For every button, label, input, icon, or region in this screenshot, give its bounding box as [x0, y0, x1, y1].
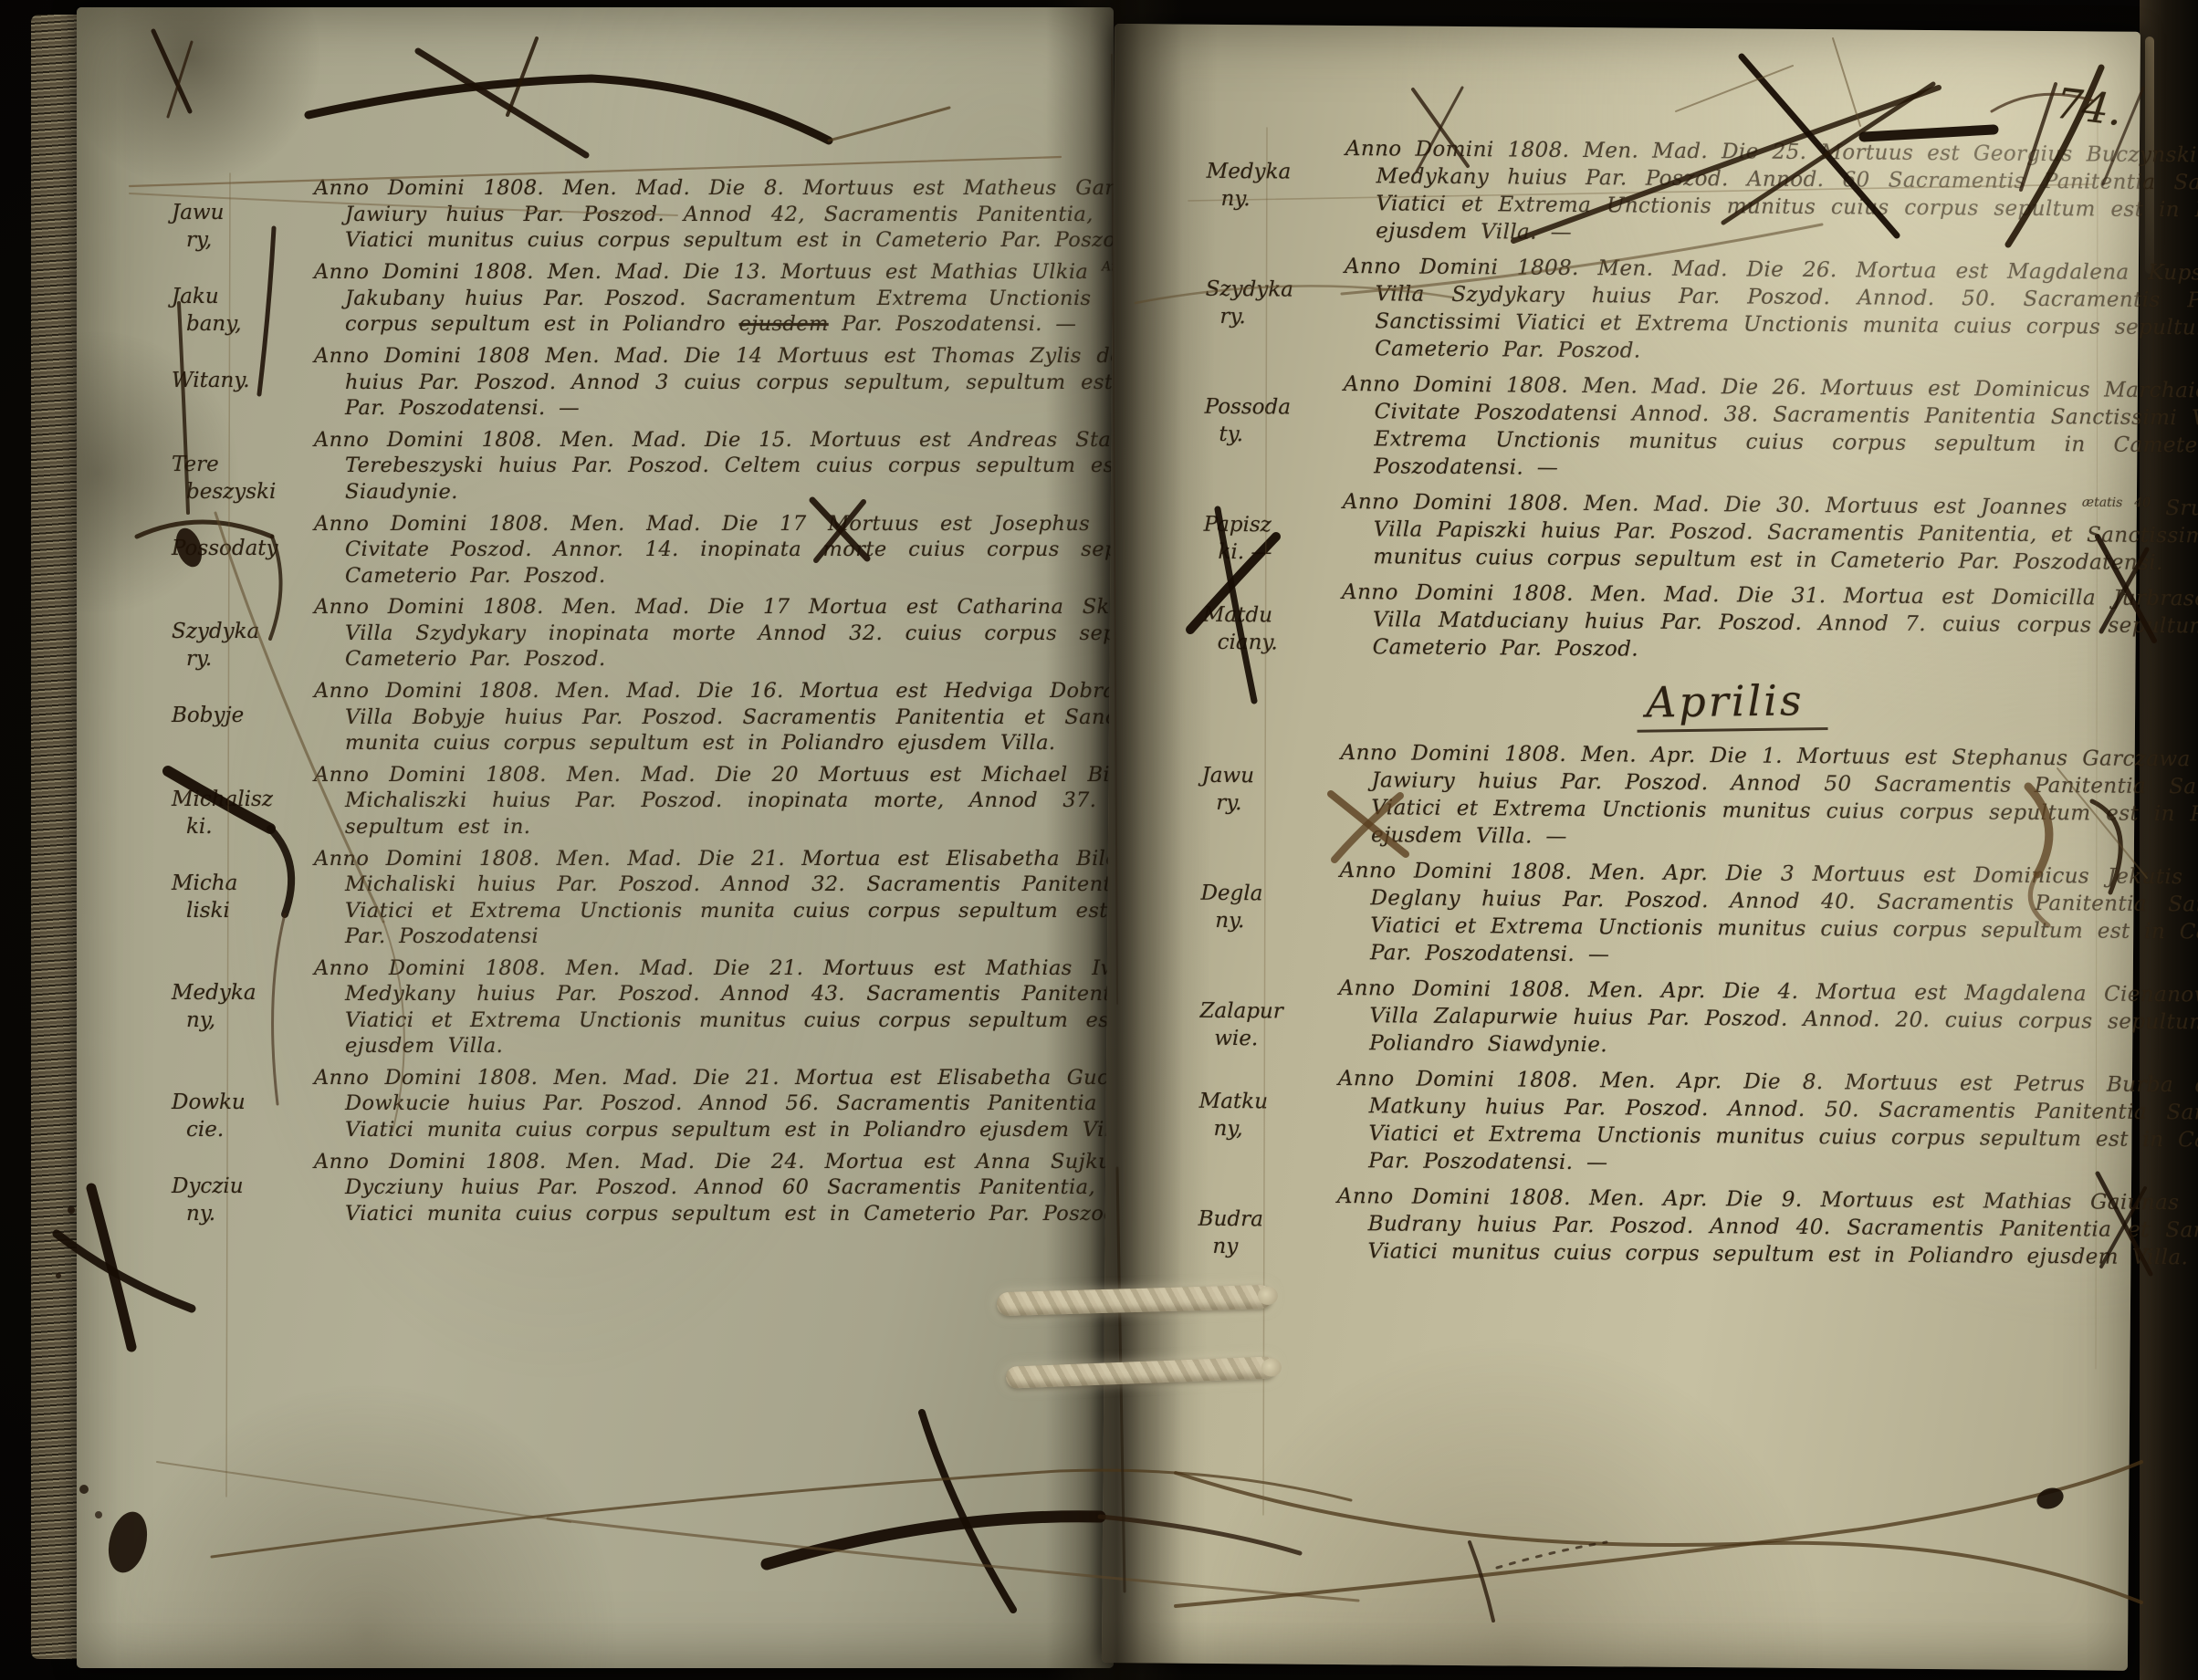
- entry-text: Anno Domini 1808. Men. Apr. Die 9. Mortu…: [1336, 1183, 2198, 1272]
- margin-label-line: Possodaty: [172, 535, 309, 562]
- margin-label-line: Medyka: [1207, 158, 1340, 186]
- entry-text-run: Anno Domini 1808. Men. Mad. Die 16. Mort…: [314, 679, 1212, 703]
- margin-label-line: Jawu: [1201, 762, 1334, 790]
- entry-text: Anno Domini 1808. Men. Mad. Die 31. Mort…: [1342, 579, 2198, 668]
- margin-place-label: Matkuny,: [1198, 1064, 1338, 1174]
- entry-text: Anno Domini 1808. Men. Apr. Die 1. Mortu…: [1340, 739, 2198, 856]
- margin-label-line: Matdu: [1203, 601, 1336, 630]
- margin-label-line: Szydyka: [172, 618, 309, 645]
- entry-text-run: Anno Domini 1808. Men. Apr. Die 9. Mortu…: [1337, 1184, 2198, 1269]
- margin-label-line: ry.: [1201, 789, 1334, 818]
- margin-label-line: cie.: [172, 1116, 309, 1143]
- margin-label-line: ny.: [1206, 185, 1339, 214]
- margin-place-label: Budrany: [1198, 1182, 1337, 1265]
- margin-place-label: Deglany.: [1200, 856, 1340, 966]
- margin-label-line: ry,: [172, 226, 309, 254]
- margin-place-label: Possodaty.: [1204, 370, 1344, 480]
- margin-place-label: Zalapurwie.: [1199, 974, 1339, 1057]
- register-entry: Matduciany.Anno Domini 1808. Men. Mad. D…: [1336, 579, 2198, 668]
- margin-label-line: Michalisz: [172, 786, 309, 813]
- margin-label-line: ny.: [1200, 907, 1334, 935]
- margin-label-line: Papisz: [1204, 511, 1337, 539]
- struck-word: ejusdem: [739, 312, 829, 336]
- register-entry: BudranyAnno Domini 1808. Men. Apr. Die 9…: [1331, 1183, 2198, 1272]
- margin-place-label: Terebeszyski: [172, 427, 314, 506]
- entry-text-run: Anno Domini 1808. Men. Mad. Die 26. Mort…: [1344, 372, 2198, 480]
- margin-place-label: Szydykary.: [1205, 252, 1345, 362]
- margin-label-line: Dowku: [172, 1089, 309, 1116]
- register-entry: Szydykary.Anno Domini 1808. Men. Mad. Di…: [1338, 253, 2198, 370]
- entry-text-run: Anno Domini 1808. Men. Apr. Die 8. Mortu…: [1338, 1067, 2198, 1174]
- margin-label-line: Bobyje: [172, 702, 309, 729]
- entry-text-run: Anno Domini 1808. Men. Apr. Die 3 Mortuu…: [1340, 859, 2198, 966]
- margin-label-line: Szydyka: [1206, 276, 1339, 304]
- month-heading-text: Aprilis: [1637, 675, 1828, 733]
- entry-text-run: Anno Domini 1808. Men. Mad. Die 13. Mort…: [314, 260, 1102, 284]
- margin-label-line: Possoda: [1205, 393, 1338, 422]
- entry-text: Anno Domini 1808. Men. Mad. Die 26. Mort…: [1344, 253, 2198, 370]
- entry-text: Anno Domini 1808. Men. Apr. Die 8. Mortu…: [1337, 1065, 2198, 1182]
- margin-label-line: Micha: [172, 870, 309, 897]
- entry-text: Anno Domini 1808. Men. Apr. Die 4. Mortu…: [1338, 975, 2198, 1064]
- entry-text-run: Anno Domini 1808. Men. Apr. Die 4. Mortu…: [1339, 976, 2198, 1057]
- margin-label-line: Budra: [1198, 1205, 1332, 1234]
- entry-text: Anno Domini 1808. Men. Mad. Die 25. Mort…: [1345, 135, 2198, 252]
- margin-place-label: Medykany.: [1206, 134, 1345, 245]
- register-entry: Medykany.Anno Domini 1808. Men. Mad. Die…: [1339, 135, 2198, 252]
- folio-number: 74.: [2053, 78, 2125, 136]
- margin-place-label: Jakubany,: [172, 259, 314, 338]
- margin-label-line: Witany.: [172, 367, 309, 394]
- margin-place-label: Dycziuny.: [172, 1149, 314, 1227]
- register-entry: Jawury.Anno Domini 1808. Men. Apr. Die 1…: [1334, 739, 2198, 856]
- register-entry: Matkuny,Anno Domini 1808. Men. Apr. Die …: [1332, 1065, 2198, 1182]
- register-entry: Papiszki. —Anno Domini 1808. Men. Mad. D…: [1336, 488, 2198, 578]
- margin-place-label: Michaliszki.: [172, 762, 314, 840]
- entry-text-run: Anno Domini 1808. Men. Mad. Die 31. Mort…: [1342, 580, 2198, 662]
- margin-place-label: Matduciany.: [1203, 578, 1343, 661]
- margin-place-label: Szydykary.: [172, 594, 314, 673]
- margin-place-label: Michaliski: [172, 846, 314, 950]
- margin-label-line: ny: [1198, 1233, 1331, 1261]
- entry-text-run: Anno Domini 1808. Men. Mad. Die 26. Mort…: [1345, 255, 2198, 363]
- page-stack-edge: [31, 15, 80, 1659]
- book-spread: Jawury,Anno Domini 1808. Men. Mad. Die 8…: [0, 0, 2198, 1680]
- margin-label-line: wie.: [1199, 1025, 1333, 1053]
- margin-label-line: Tere: [172, 451, 309, 478]
- margin-label-line: ki. —: [1203, 538, 1336, 567]
- manuscript-left-page: Jawury,Anno Domini 1808. Men. Mad. Die 8…: [77, 7, 1114, 1668]
- margin-label-line: Matku: [1199, 1088, 1333, 1116]
- register-entry: Deglany.Anno Domini 1808. Men. Apr. Die …: [1334, 857, 2198, 974]
- register-entries-right: Medykany.Anno Domini 1808. Men. Mad. Die…: [1331, 135, 2198, 1280]
- margin-label-line: Jaku: [172, 283, 309, 310]
- margin-label-line: ciany.: [1203, 629, 1336, 657]
- margin-label-line: ry.: [172, 645, 309, 673]
- entry-text-run: Par. Poszodatensi. —: [829, 312, 1077, 336]
- register-entry: Possodaty.Anno Domini 1808. Men. Mad. Di…: [1337, 370, 2198, 487]
- margin-label-line: bany,: [172, 310, 309, 338]
- margin-place-label: Jawury,: [172, 175, 314, 254]
- margin-place-label: Bobyje: [172, 678, 314, 757]
- entry-text-run: Anno Domini 1808. Men. Mad. Die 30. Mort…: [1343, 490, 2082, 519]
- margin-place-label: Possodaty: [172, 511, 314, 590]
- margin-label-line: ki.: [172, 813, 309, 840]
- manuscript-right-page: Medykany.Anno Domini 1808. Men. Mad. Die…: [1102, 24, 2140, 1671]
- margin-place-label: Jawury.: [1201, 738, 1341, 849]
- margin-place-label: Witany.: [172, 343, 314, 422]
- month-heading: Aprilis: [1637, 676, 2198, 736]
- margin-label-line: ry.: [1205, 303, 1338, 331]
- margin-place-label: Medykany,: [172, 955, 314, 1059]
- margin-label-line: ny.: [172, 1200, 309, 1227]
- interlinear-insertion: ætatis 40: [2082, 496, 2151, 511]
- margin-place-label: Papiszki. —: [1203, 487, 1343, 570]
- margin-label-line: Dycziu: [172, 1173, 309, 1200]
- margin-label-line: Degla: [1200, 880, 1334, 908]
- margin-label-line: Zalapur: [1199, 997, 1333, 1026]
- margin-label-line: beszyski: [172, 478, 309, 506]
- margin-label-line: ty.: [1204, 421, 1337, 449]
- entry-text: Anno Domini 1808. Men. Mad. Die 30. Mort…: [1342, 488, 2198, 578]
- entry-text-run: Anno Domini 1808. Men. Apr. Die 1. Mortu…: [1341, 741, 2198, 849]
- margin-place-label: Dowkucie.: [172, 1065, 314, 1143]
- entry-text: Anno Domini 1808. Men. Apr. Die 3 Mortuu…: [1339, 857, 2198, 974]
- margin-label-line: ny,: [1198, 1115, 1332, 1143]
- entry-text: Anno Domini 1808. Men. Mad. Die 26. Mort…: [1343, 370, 2198, 487]
- margin-label-line: Jawu: [172, 199, 309, 226]
- margin-label-line: liski: [172, 897, 309, 924]
- register-entry: Zalapurwie.Anno Domini 1808. Men. Apr. D…: [1333, 975, 2198, 1064]
- entry-text-run: Anno Domini 1808. Men. Mad. Die 25. Mort…: [1345, 137, 2198, 245]
- margin-label-line: Medyka: [172, 979, 309, 1007]
- margin-label-line: ny,: [172, 1007, 309, 1034]
